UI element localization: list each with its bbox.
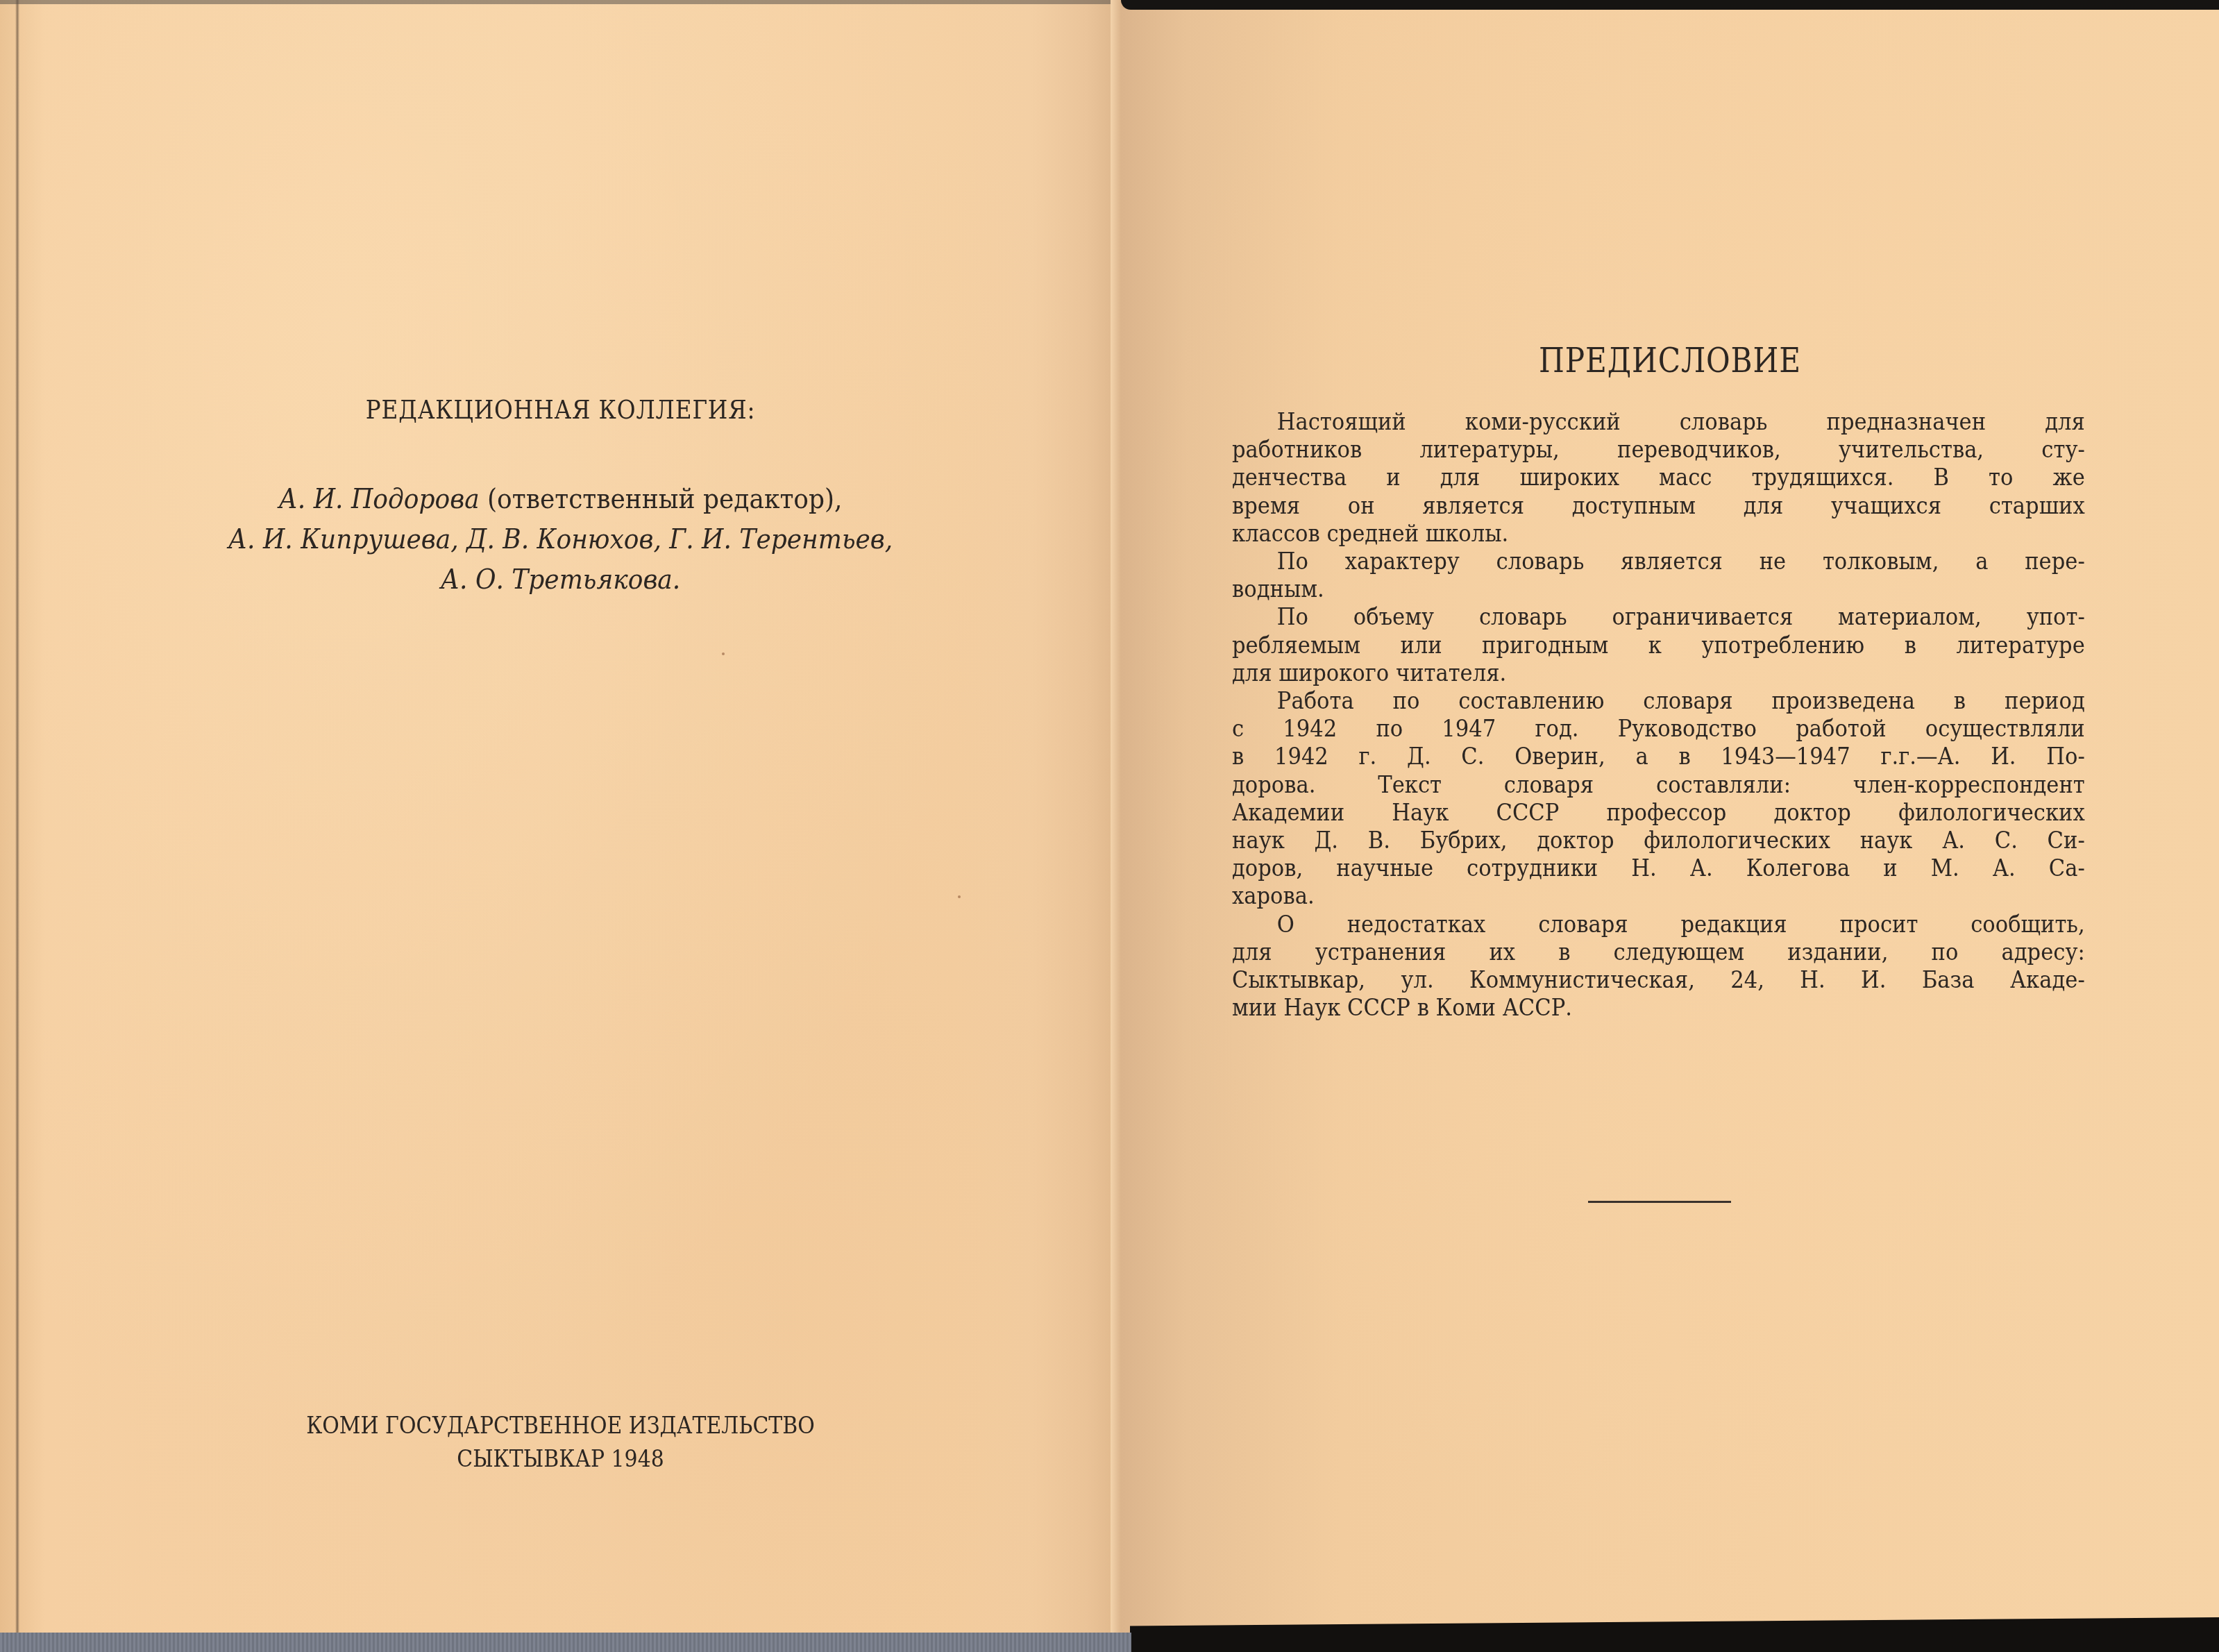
cloth-binding-edge xyxy=(0,1633,1131,1652)
preface-line: с 1942 по 1947 год. Руководство работой … xyxy=(1232,715,2085,743)
paper-speck xyxy=(722,652,725,655)
preface-line: Академии Наук СССР профессор доктор фило… xyxy=(1232,799,2085,827)
cover-edge-top xyxy=(1121,0,2219,10)
preface-title: ПРЕДИСЛОВИЕ xyxy=(1187,342,2153,380)
preface-line: для широкого читателя. xyxy=(1232,659,2085,687)
editorial-board-members: А. И. Подорова (ответственный редактор),… xyxy=(0,479,1121,600)
book-spread: РЕДАКЦИОННАЯ КОЛЛЕГИЯ: А. И. Подорова (о… xyxy=(0,0,2219,1652)
left-page: РЕДАКЦИОННАЯ КОЛЛЕГИЯ: А. И. Подорова (о… xyxy=(0,0,1121,1652)
preface-line: классов средней школы. xyxy=(1232,520,2085,548)
preface-line: доров, научные сотрудники Н. А. Колегова… xyxy=(1232,854,2085,882)
publisher-name: КОМИ ГОСУДАРСТВЕННОЕ ИЗДАТЕЛЬСТВО xyxy=(67,1409,1054,1442)
section-divider-rule xyxy=(1588,1201,1731,1203)
preface-line: По объему словарь ограничивается материа… xyxy=(1232,603,2085,631)
preface-line: дорова. Текст словаря составляли: член-к… xyxy=(1232,771,2085,799)
publisher-city-year: СЫКТЫВКАР 1948 xyxy=(67,1442,1054,1476)
preface-line: в 1942 г. Д. С. Оверин, а в 1943—1947 г.… xyxy=(1232,743,2085,770)
preface-line: По характеру словарь является не толковы… xyxy=(1232,548,2085,575)
editorial-board-heading: РЕДАКЦИОННАЯ КОЛЛЕГИЯ: xyxy=(78,394,1043,425)
board-line-3: А. О. Третьякова. xyxy=(56,559,1065,600)
preface-line: для устранения их в следующем издании, п… xyxy=(1232,938,2085,966)
preface-line: время он является доступным для учащихся… xyxy=(1232,492,2085,520)
preface-line: Работа по составлению словаря произведен… xyxy=(1232,687,2085,715)
chief-editor-role: (ответственный редактор), xyxy=(480,483,843,515)
preface-line: О недостатках словаря редакция просит со… xyxy=(1232,911,2085,938)
preface-line: мии Наук СССР в Коми АССР. xyxy=(1232,994,2085,1022)
preface-body: Настоящий коми-русский словарь предназна… xyxy=(1232,408,2086,1022)
preface-line: харова. xyxy=(1232,882,2085,910)
preface-line: наук Д. В. Бубрих, доктор филологических… xyxy=(1232,827,2085,854)
preface-line: водным. xyxy=(1232,575,2085,603)
preface-line: работников литературы, переводчиков, учи… xyxy=(1232,436,2085,464)
paper-speck xyxy=(958,895,961,898)
preface-line: денчества и для широких масс трудящихся.… xyxy=(1232,464,2085,491)
preface-line: Сыктывкар, ул. Коммунистическая, 24, Н. … xyxy=(1232,966,2085,994)
publisher-imprint: КОМИ ГОСУДАРСТВЕННОЕ ИЗДАТЕЛЬСТВО СЫКТЫВ… xyxy=(0,1409,1121,1476)
chief-editor-name: А. И. Подорова xyxy=(278,483,479,515)
preface-line: ребляемым или пригодным к употреблению в… xyxy=(1232,632,2085,659)
board-line-2: А. И. Кипрушева, Д. В. Конюхов, Г. И. Те… xyxy=(56,519,1065,559)
preface-line: Настоящий коми-русский словарь предназна… xyxy=(1232,408,2085,436)
board-line-1: А. И. Подорова (ответственный редактор), xyxy=(56,479,1065,519)
